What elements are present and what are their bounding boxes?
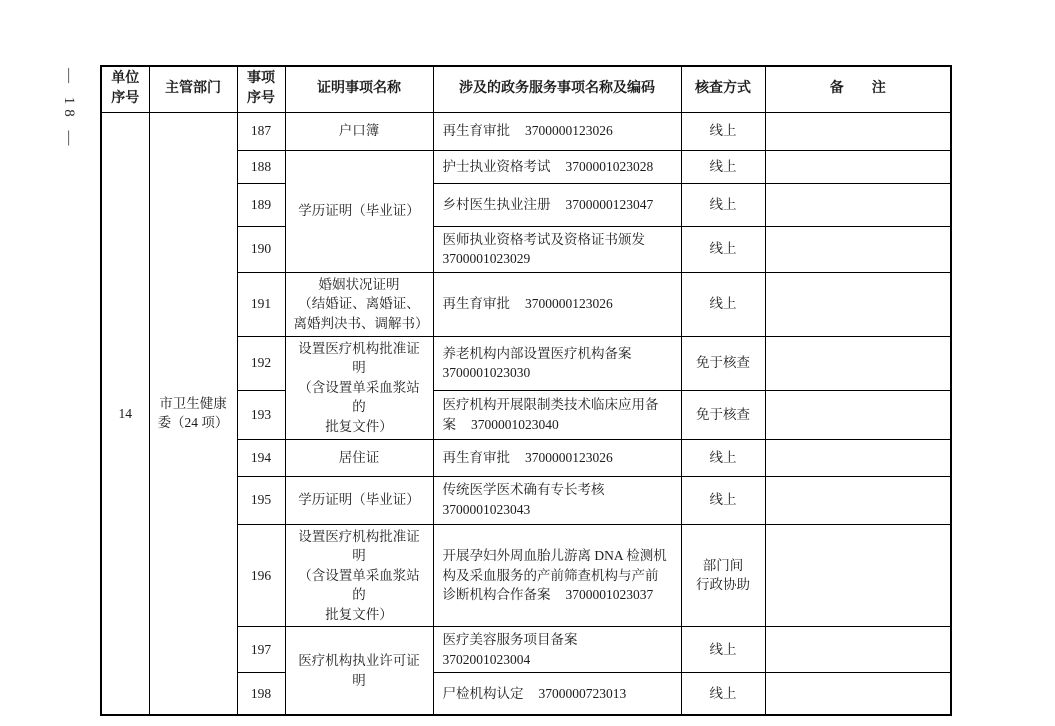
service-cell: 尸检机构认定3700000723013 bbox=[433, 673, 681, 715]
method-cell: 线上 bbox=[681, 439, 765, 476]
service-cell: 医疗机构开展限制类技术临床应用备案3700001023040 bbox=[433, 390, 681, 439]
cert-name-cell: 医疗机构执业许可证明 bbox=[285, 627, 433, 715]
item-serial-cell: 194 bbox=[237, 439, 285, 476]
remark-cell bbox=[765, 439, 951, 476]
margin-page-number: — 18 — bbox=[60, 68, 77, 151]
service-cell: 乡村医生执业注册3700000123047 bbox=[433, 183, 681, 226]
unit-serial-cell: 14 bbox=[101, 112, 149, 715]
service-cell: 传统医学医术确有专长考核3700001023043 bbox=[433, 476, 681, 524]
service-code: 3700000123047 bbox=[566, 197, 654, 212]
col-header-department: 主管部门 bbox=[149, 66, 237, 112]
col-header-cert-name: 证明事项名称 bbox=[285, 66, 433, 112]
service-code: 3702001023004 bbox=[443, 652, 531, 667]
col-header-unit-serial: 单位 序号 bbox=[101, 66, 149, 112]
item-serial-cell: 193 bbox=[237, 390, 285, 439]
remark-cell bbox=[765, 183, 951, 226]
item-serial-cell: 190 bbox=[237, 226, 285, 272]
service-cell: 医疗美容服务项目备案3702001023004 bbox=[433, 627, 681, 673]
cert-name-cell: 学历证明（毕业证） bbox=[285, 476, 433, 524]
item-serial-cell: 187 bbox=[237, 112, 285, 150]
cert-name-cell: 居住证 bbox=[285, 439, 433, 476]
service-name: 医疗美容服务项目备案 bbox=[443, 632, 578, 647]
item-serial-cell: 196 bbox=[237, 524, 285, 627]
remark-cell bbox=[765, 150, 951, 183]
remark-cell bbox=[765, 272, 951, 336]
method-cell: 线上 bbox=[681, 627, 765, 673]
method-cell: 线上 bbox=[681, 226, 765, 272]
col-header-service-name-code: 涉及的政务服务事项名称及编码 bbox=[433, 66, 681, 112]
method-cell: 线上 bbox=[681, 272, 765, 336]
service-name: 养老机构内部设置医疗机构备案 bbox=[443, 346, 632, 361]
remark-cell bbox=[765, 336, 951, 390]
service-code: 3700000123026 bbox=[525, 296, 613, 311]
item-serial-cell: 197 bbox=[237, 627, 285, 673]
service-cell: 再生育审批3700000123026 bbox=[433, 272, 681, 336]
service-name: 护士执业资格考试 bbox=[443, 159, 551, 174]
method-cell: 线上 bbox=[681, 673, 765, 715]
method-cell: 免于核查 bbox=[681, 390, 765, 439]
service-code: 3700001023030 bbox=[443, 365, 531, 380]
department-cell: 市卫生健康 委（24 项） bbox=[149, 112, 237, 715]
table-row: 14 市卫生健康 委（24 项） 187 户口簿 再生育审批3700000123… bbox=[101, 112, 951, 150]
service-code: 3700000123026 bbox=[525, 123, 613, 138]
method-cell: 线上 bbox=[681, 150, 765, 183]
method-cell: 免于核查 bbox=[681, 336, 765, 390]
service-code: 3700000123026 bbox=[525, 450, 613, 465]
remark-cell bbox=[765, 112, 951, 150]
cert-name-cell: 学历证明（毕业证） bbox=[285, 150, 433, 272]
item-serial-cell: 195 bbox=[237, 476, 285, 524]
item-serial-cell: 198 bbox=[237, 673, 285, 715]
remark-cell bbox=[765, 673, 951, 715]
col-header-item-serial: 事项 序号 bbox=[237, 66, 285, 112]
remark-cell bbox=[765, 226, 951, 272]
service-name: 再生育审批 bbox=[443, 450, 511, 465]
service-name: 乡村医生执业注册 bbox=[443, 197, 551, 212]
service-cell: 护士执业资格考试3700001023028 bbox=[433, 150, 681, 183]
method-cell: 线上 bbox=[681, 112, 765, 150]
method-cell: 部门间 行政协助 bbox=[681, 524, 765, 627]
cert-name-cell: 婚姻状况证明 （结婚证、离婚证、 离婚判决书、调解书） bbox=[285, 272, 433, 336]
method-cell: 线上 bbox=[681, 183, 765, 226]
service-code: 3700000723013 bbox=[539, 686, 627, 701]
cert-name-cell: 设置医疗机构批准证明 （含设置单采血浆站的 批复文件） bbox=[285, 524, 433, 627]
method-cell: 线上 bbox=[681, 476, 765, 524]
service-name: 医师执业资格考试及资格证书颁发 bbox=[443, 232, 646, 247]
col-header-remark: 备 注 bbox=[765, 66, 951, 112]
header-row: 单位 序号 主管部门 事项 序号 证明事项名称 涉及的政务服务事项名称及编码 核… bbox=[101, 66, 951, 112]
service-name: 再生育审批 bbox=[443, 296, 511, 311]
remark-cell bbox=[765, 524, 951, 627]
remark-cell bbox=[765, 476, 951, 524]
item-serial-cell: 189 bbox=[237, 183, 285, 226]
service-code: 3700001023043 bbox=[443, 502, 531, 517]
service-cell: 开展孕妇外周血胎儿游离 DNA 检测机构及采血服务的产前筛查机构与产前诊断机构合… bbox=[433, 524, 681, 627]
service-name: 传统医学医术确有专长考核 bbox=[443, 482, 605, 497]
service-cell: 养老机构内部设置医疗机构备案3700001023030 bbox=[433, 336, 681, 390]
service-name: 再生育审批 bbox=[443, 123, 511, 138]
remark-cell bbox=[765, 627, 951, 673]
cert-name-cell: 设置医疗机构批准证明 （含设置单采血浆站的 批复文件） bbox=[285, 336, 433, 439]
service-code: 3700001023029 bbox=[443, 251, 531, 266]
item-serial-cell: 192 bbox=[237, 336, 285, 390]
item-serial-cell: 191 bbox=[237, 272, 285, 336]
service-code: 3700001023040 bbox=[471, 417, 559, 432]
service-cell: 再生育审批3700000123026 bbox=[433, 439, 681, 476]
service-code: 3700001023037 bbox=[566, 587, 654, 602]
service-name: 尸检机构认定 bbox=[443, 686, 524, 701]
col-header-method: 核查方式 bbox=[681, 66, 765, 112]
service-cell: 医师执业资格考试及资格证书颁发3700001023029 bbox=[433, 226, 681, 272]
service-cell: 再生育审批3700000123026 bbox=[433, 112, 681, 150]
cert-name-cell: 户口簿 bbox=[285, 112, 433, 150]
service-code: 3700001023028 bbox=[566, 159, 654, 174]
item-serial-cell: 188 bbox=[237, 150, 285, 183]
remark-cell bbox=[765, 390, 951, 439]
certification-items-table: 单位 序号 主管部门 事项 序号 证明事项名称 涉及的政务服务事项名称及编码 核… bbox=[100, 65, 952, 716]
